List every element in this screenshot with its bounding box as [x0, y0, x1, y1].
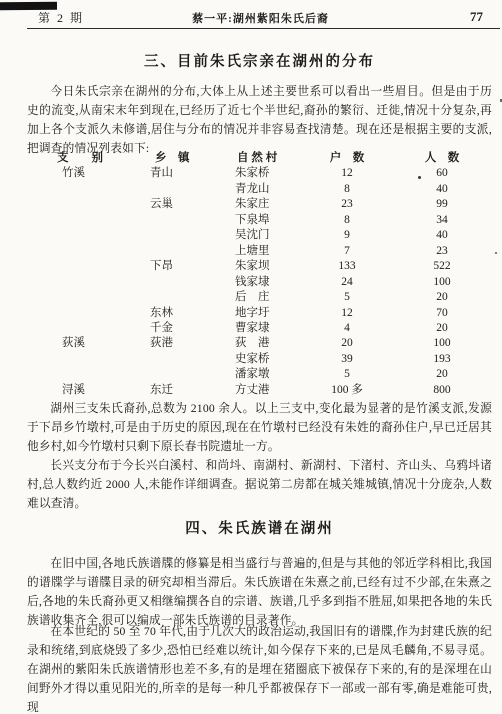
table-cell: 史家桥: [235, 352, 312, 367]
table-cell: 34: [382, 213, 492, 228]
table-cell: 云巢: [150, 197, 235, 212]
section4-title: 四、朱氏族谱在湖州: [27, 519, 492, 539]
table-cell: [27, 213, 150, 228]
table-cell: [27, 275, 150, 290]
table-cell: 浔溪: [27, 383, 150, 398]
table-cell: 20: [382, 290, 492, 305]
table-cell: [27, 197, 150, 212]
page-header: 第 2 期 蔡一平:湖州紫阳朱氏后裔 77: [38, 9, 483, 25]
table-cell: 青山: [150, 166, 235, 181]
table-cell: 39: [312, 352, 382, 367]
table-cell: [27, 259, 150, 274]
table-cell: 下泉埠: [235, 213, 312, 228]
table-cell: [150, 182, 235, 197]
table-cell: 522: [382, 259, 492, 274]
table-cell: 99: [382, 197, 492, 212]
table-cell: [27, 352, 150, 367]
table-cell: 20: [382, 321, 492, 336]
table-cell: 朱家桥: [235, 166, 312, 181]
table-cell: [27, 367, 150, 382]
table-cell: 荻港: [150, 336, 235, 351]
table-cell: 40: [382, 182, 492, 197]
table-cell: [27, 290, 150, 305]
table-cell: 5: [312, 290, 382, 305]
table-cell: 竹溪: [27, 166, 150, 181]
table-cell: 东林: [150, 306, 235, 321]
table-cell: 7: [312, 244, 382, 259]
table-cell: 24: [312, 275, 382, 290]
table-cell: 8: [312, 182, 382, 197]
table-cell: 钱家埭: [235, 275, 312, 290]
table-cell: [27, 306, 150, 321]
table-cell: 曹家埭: [235, 321, 312, 336]
table-cell: 潘家墩: [235, 367, 312, 382]
table-cell: 193: [382, 352, 492, 367]
table-cell: 荻溪: [27, 336, 150, 351]
table-cell: 12: [312, 166, 382, 181]
table-header-cell: 人 数: [382, 151, 492, 166]
table-cell: 23: [382, 244, 492, 259]
table-cell: 下昂: [150, 259, 235, 274]
table-cell: [27, 244, 150, 259]
table-cell: 上塘里: [235, 244, 312, 259]
table-cell: 20: [382, 367, 492, 382]
header-rule: [27, 28, 500, 29]
table-cell: [150, 228, 235, 243]
table-cell: 40: [382, 228, 492, 243]
table-cell: [150, 290, 235, 305]
table-cell: 60: [382, 166, 492, 181]
table-cell: [150, 244, 235, 259]
distribution-table: 支 别乡 镇自 然 村户 数人 数竹溪青山朱家桥1260青龙山840云巢朱家庄2…: [27, 151, 492, 398]
table-cell: 100 多: [312, 383, 382, 398]
table-cell: 20: [312, 336, 382, 351]
table-cell: 133: [312, 259, 382, 274]
section3-paragraph-3: 长兴支分布于今长兴白溪村、和尚㘰、南湖村、新湖村、下渚村、齐山头、乌鸦㘰诸村,总…: [27, 456, 492, 513]
table-cell: 5: [312, 367, 382, 382]
document-page: 第 2 期 蔡一平:湖州紫阳朱氏后裔 77 三、目前朱氏宗亲在湖州的分布 今日朱…: [0, 0, 502, 714]
table-cell: 千金: [150, 321, 235, 336]
table-cell: 东迁: [150, 383, 235, 398]
table-cell: 9: [312, 228, 382, 243]
table-cell: 方丈港: [235, 383, 312, 398]
table-cell: 8: [312, 213, 382, 228]
table-cell: 12: [312, 306, 382, 321]
table-cell: 70: [382, 306, 492, 321]
section4-paragraph-2: 在本世纪的 50 至 70 年代,由于几次大的政治运动,我国旧有的谱牒,作为封建…: [27, 622, 492, 714]
table-header-cell: 乡 镇: [150, 151, 235, 166]
running-title: 蔡一平:湖州紫阳朱氏后裔: [38, 10, 483, 26]
table-cell: 朱家庄: [235, 197, 312, 212]
table-cell: 800: [382, 383, 492, 398]
section3-title: 三、目前朱氏宗亲在湖州的分布: [27, 52, 492, 72]
table-header-cell: 自 然 村: [235, 151, 312, 166]
table-cell: 23: [312, 197, 382, 212]
table-cell: 地字圩: [235, 306, 312, 321]
table-cell: 4: [312, 321, 382, 336]
table-cell: 100: [382, 336, 492, 351]
table-cell: 后 庄: [235, 290, 312, 305]
table-cell: [27, 228, 150, 243]
table-cell: 吴沈门: [235, 228, 312, 243]
table-cell: [150, 352, 235, 367]
scan-speck: [495, 252, 497, 254]
section3-paragraph-2: 湖州三支朱氏裔孙,总数为 2100 余人。以上三支中,变化最为显著的是竹溪支派,…: [27, 399, 492, 456]
table-cell: [150, 213, 235, 228]
table-cell: 荻 港: [235, 336, 312, 351]
table-cell: [27, 321, 150, 336]
section3-paragraph-1: 今日朱氏宗亲在湖州的分布,大体上从上述主要世系可以看出一些眉目。但是由于历史的流…: [27, 82, 492, 158]
table-cell: [150, 275, 235, 290]
table-cell: [150, 367, 235, 382]
page-number: 77: [470, 9, 483, 25]
table-header-cell: 户 数: [312, 151, 382, 166]
table-header-cell: 支 别: [27, 151, 150, 166]
table-cell: [27, 182, 150, 197]
table-cell: 青龙山: [235, 182, 312, 197]
table-cell: 100: [382, 275, 492, 290]
table-cell: 朱家坝: [235, 259, 312, 274]
section4-paragraph-1: 在旧中国,各地氏族谱牒的修纂是相当盛行与普遍的,但是与其他的邻近学科相比,我国的…: [27, 554, 492, 630]
